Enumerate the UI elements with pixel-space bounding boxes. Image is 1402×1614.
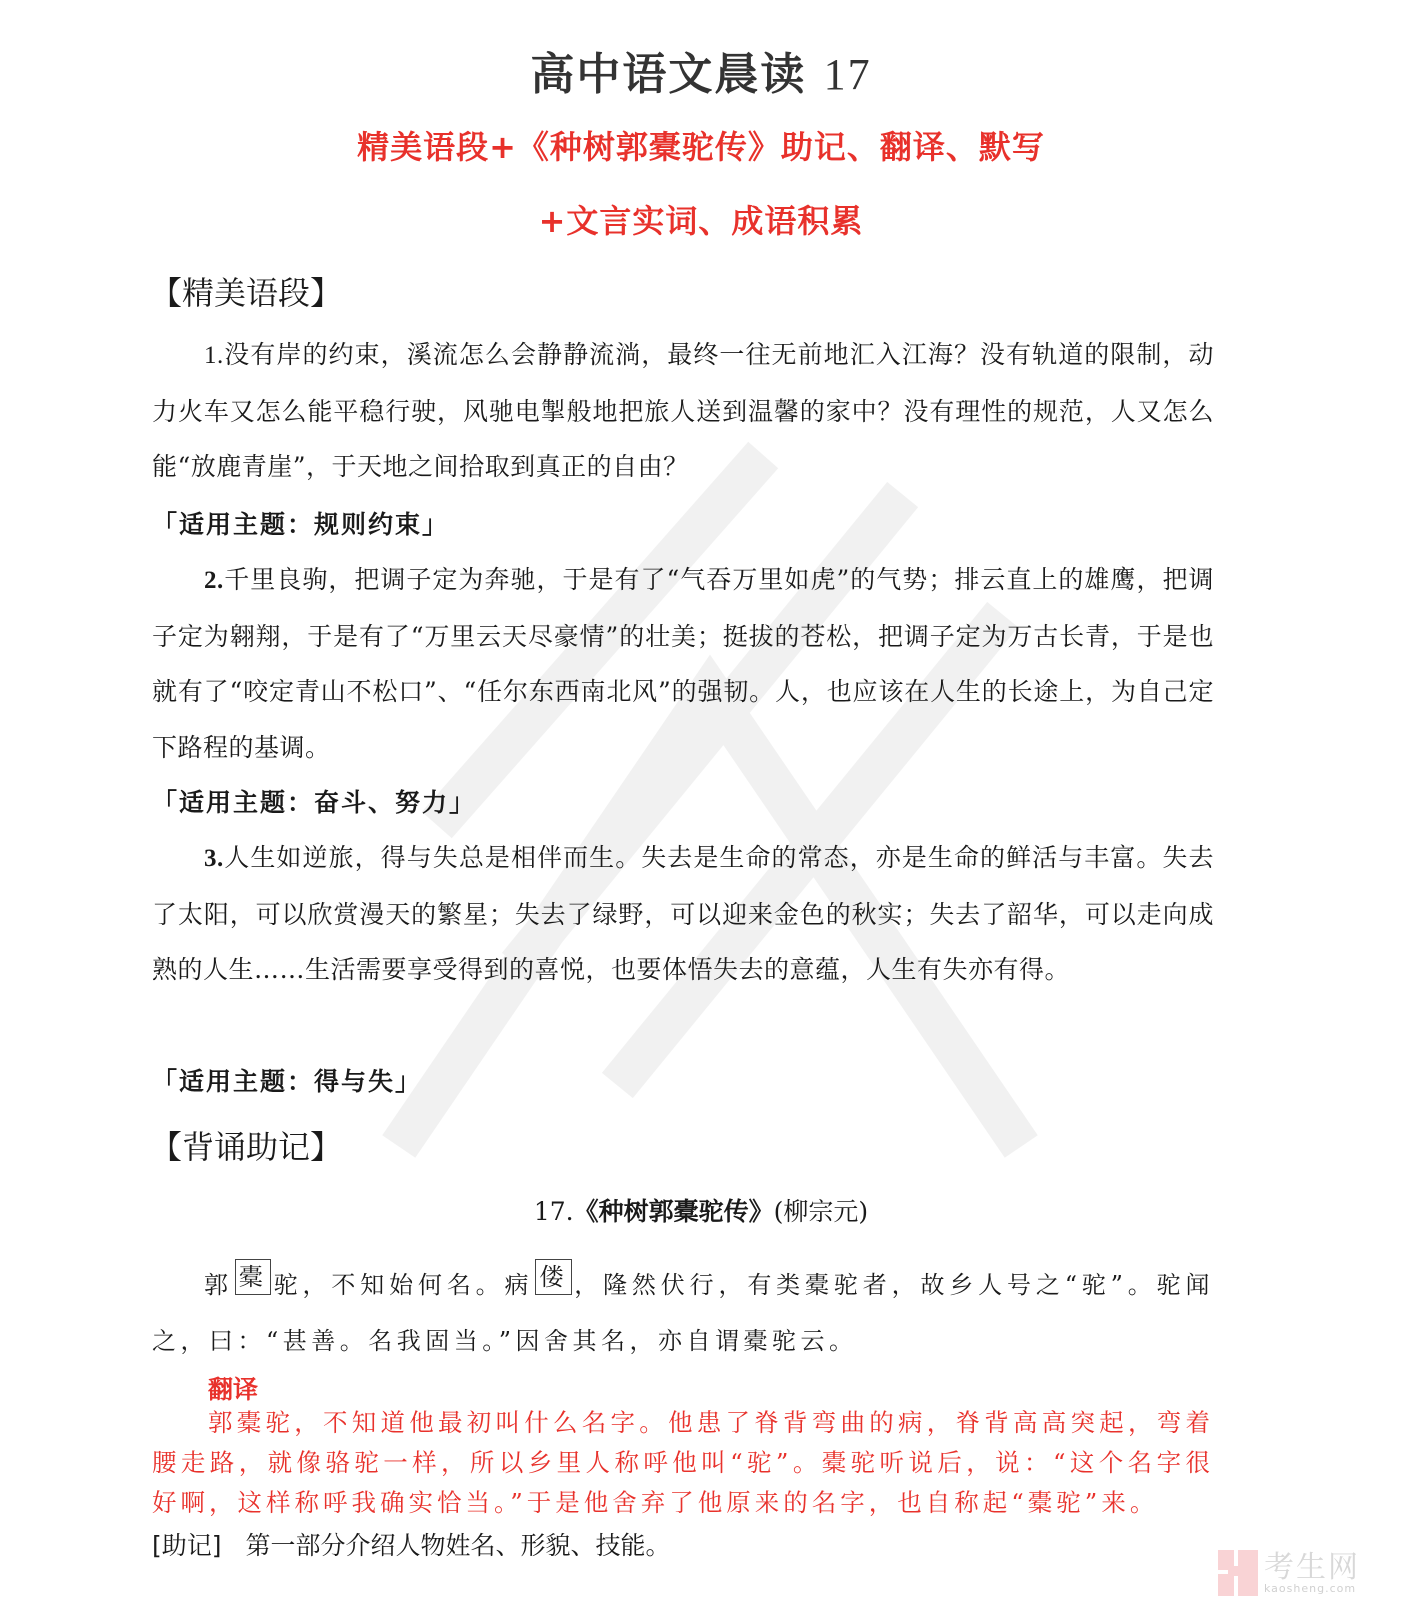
kaosheng-logo: 考生网 kaosheng.com xyxy=(1218,1548,1388,1598)
passage-3: 3.人生如逆旅，得与失总是相伴而生。失去是生命的常态，亦是生命的鲜活与丰富。失去… xyxy=(152,830,1214,998)
classic-part-2: 驼，不知始何名。病 xyxy=(273,1271,533,1299)
passage-number: 3. xyxy=(204,845,224,872)
passage-number: 2. xyxy=(204,567,224,594)
passage-1: 1.没有岸的约束，溪流怎么会静静流淌，最终一往无前地汇入江海？没有轨道的限制，动… xyxy=(152,327,1214,495)
section-heading-recite: 【背诵助记】 xyxy=(150,1122,342,1168)
passage-text: 千里良驹，把调子定为奔驰，于是有了“气吞万里如虎”的气势；排云直上的雄鹰，把调子… xyxy=(152,565,1214,762)
highlighted-char-tuo: 橐 xyxy=(235,1259,272,1295)
title-main: 高中语文晨读 xyxy=(530,49,806,100)
mnemonic-line: [助记]第一部分介绍人物姓名、形貌、技能。 xyxy=(152,1526,671,1562)
section-heading-beautiful: 【精美语段】 xyxy=(150,268,342,314)
translation-label: 翻译 xyxy=(208,1370,258,1406)
subtitle-line-2: +文言实词、成语积累 xyxy=(0,196,1402,242)
theme-label-1: 「适用主题：规则约束」 xyxy=(152,505,449,541)
classical-text: 郭橐驼，不知始何名。病偻，隆然伏行，有类橐驼者，故乡人号之“驼”。驼闻之，曰：“… xyxy=(152,1257,1214,1369)
logo-text-cn: 考生网 xyxy=(1264,1553,1360,1583)
passage-text: 没有岸的约束，溪流怎么会静静流淌，最终一往无前地汇入江海？没有轨道的限制，动力火… xyxy=(152,340,1214,481)
passage-2: 2.千里良驹，把调子定为奔驰，于是有了“气吞万里如虎”的气势；排云直上的雄鹰，把… xyxy=(152,552,1214,775)
highlighted-char-lou: 偻 xyxy=(535,1259,572,1295)
translation-text: 郭橐驼，不知道他最初叫什么名字。他患了脊背弯曲的病，脊背高高突起，弯着腰走路，就… xyxy=(152,1403,1214,1523)
title-number: 17 xyxy=(824,50,872,99)
work-title: 17.《种树郭橐驼传》(柳宗元) xyxy=(0,1192,1402,1228)
theme-label-2: 「适用主题：奋斗、努力」 xyxy=(152,783,476,819)
passage-number: 1. xyxy=(204,342,224,369)
logo-text-en: kaosheng.com xyxy=(1264,1583,1360,1594)
theme-label-3: 「适用主题：得与失」 xyxy=(152,1062,422,1098)
work-author: (柳宗元) xyxy=(774,1197,869,1226)
passage-text: 人生如逆旅，得与失总是相伴而生。失去是生命的常态，亦是生命的鲜活与丰富。失去了太… xyxy=(152,843,1214,984)
work-number: 17. xyxy=(534,1197,574,1226)
work-name: 《种树郭橐驼传》 xyxy=(574,1197,774,1226)
logo-mark-icon xyxy=(1218,1550,1258,1596)
page-title: 高中语文晨读 17 xyxy=(0,38,1402,102)
classic-part-1: 郭 xyxy=(204,1271,233,1299)
mnemonic-tag: [助记] xyxy=(152,1531,222,1560)
subtitle-line-1: 精美语段+《种树郭橐驼传》助记、翻译、默写 xyxy=(0,122,1402,168)
mnemonic-text: 第一部分介绍人物姓名、形貌、技能。 xyxy=(246,1531,671,1560)
